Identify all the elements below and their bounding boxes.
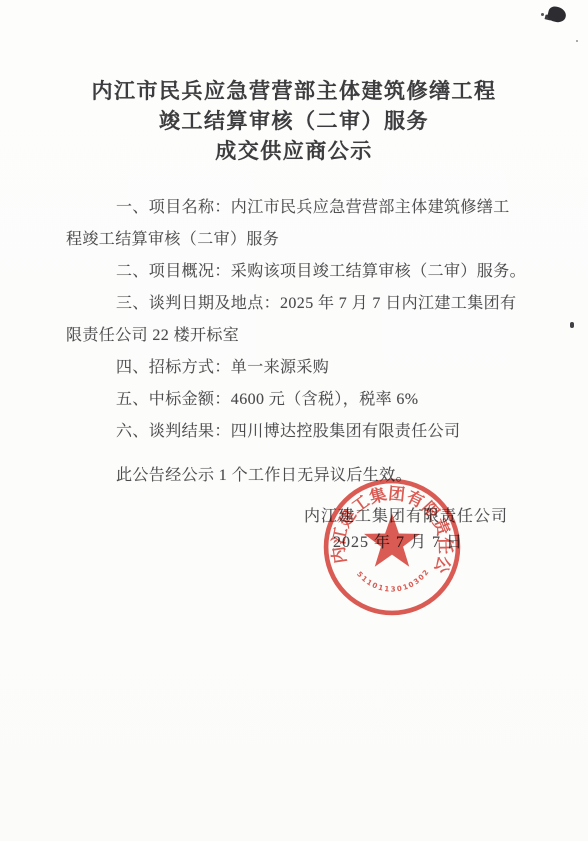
title-line-1: 内江市民兵应急营营部主体建筑修缮工程 <box>0 76 588 106</box>
scan-artifact-smudge <box>546 5 567 24</box>
seal-star-icon <box>364 514 420 567</box>
body-line-project-overview: 二、项目概况：采购该项目竣工结算审核（二审）服务。 <box>66 256 552 288</box>
scan-artifact-dot <box>570 322 574 328</box>
body-line-negotiation-date-2: 限责任公司 22 楼开标室 <box>66 320 552 352</box>
body-line-project-name: 一、项目名称：内江市民兵应急营营部主体建筑修缮工 <box>66 192 552 224</box>
title-line-2: 竣工结算审核（二审）服务 <box>0 106 588 136</box>
body-line-bidding-method: 四、招标方式：单一来源采购 <box>66 352 552 384</box>
official-seal: 内江建工集团有限责任公司 5110113010302 <box>321 476 463 618</box>
body-line-effective-notice: 此公告经公示 1 个工作日无异议后生效。 <box>66 460 552 492</box>
scanned-document-page: 内江市民兵应急营营部主体建筑修缮工程 竣工结算审核（二审）服务 成交供应商公示 … <box>0 0 588 841</box>
seal-code-text: 5110113010302 <box>355 567 431 594</box>
document-title: 内江市民兵应急营营部主体建筑修缮工程 竣工结算审核（二审）服务 成交供应商公示 <box>0 76 588 166</box>
document-body: 一、项目名称：内江市民兵应急营营部主体建筑修缮工 程竣工结算审核（二审）服务 二… <box>66 192 552 492</box>
scan-artifact-dot <box>576 40 578 42</box>
body-line-award-amount: 五、中标金额：4600 元（含税），税率 6% <box>66 384 552 416</box>
body-line-negotiation-date: 三、谈判日期及地点：2025 年 7 月 7 日内江建工集团有 <box>66 288 552 320</box>
body-line-project-name-2: 程竣工结算审核（二审）服务 <box>66 224 552 256</box>
body-line-negotiation-result: 六、谈判结果：四川博达控股集团有限责任公司 <box>66 416 552 448</box>
title-line-3: 成交供应商公示 <box>0 136 588 166</box>
seal-code-text-container: 5110113010302 <box>355 567 431 594</box>
scan-artifact-dot <box>541 13 544 16</box>
